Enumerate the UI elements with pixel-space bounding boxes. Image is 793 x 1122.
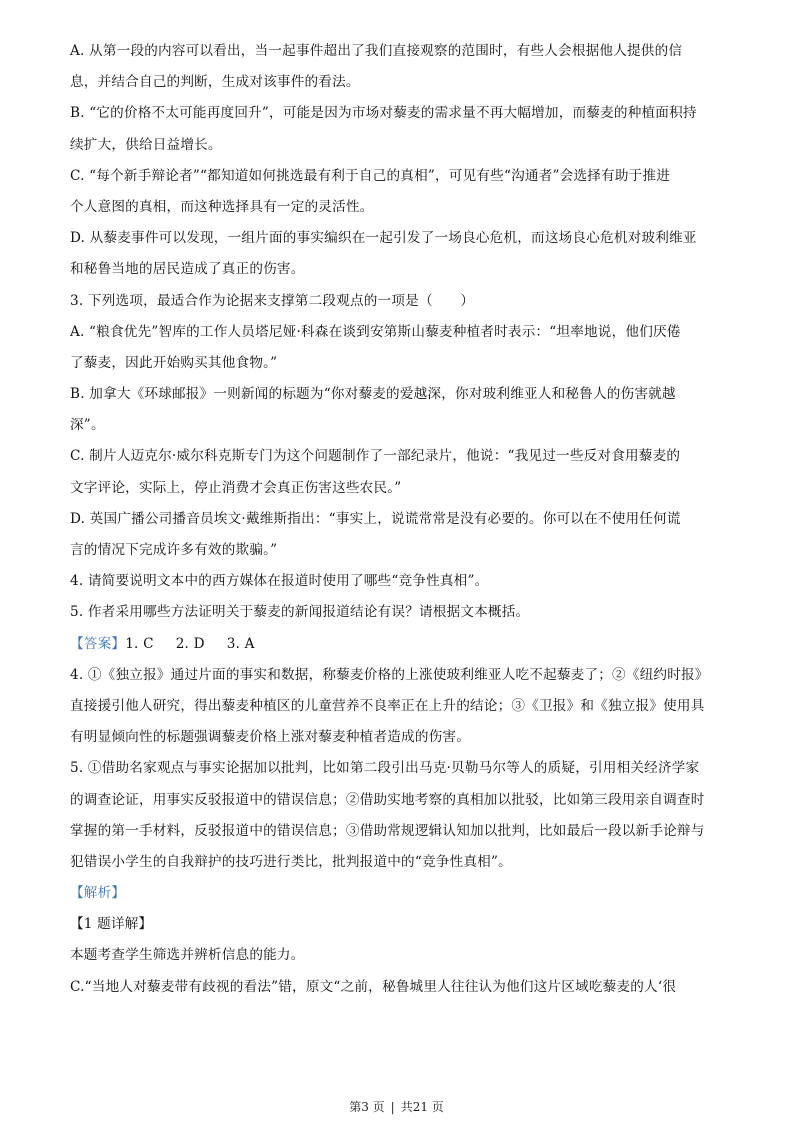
q3-option-c-line1: C. 制片人迈克尔·威尔科克斯专门为这个问题制作了一部纪录片，他说：“我见过一些… — [70, 441, 730, 472]
q2-option-c-line1: C. “每个新手辩论者”“都知道如何挑选最有利于自己的真相”，可见有些“沟通者”… — [70, 161, 730, 192]
q2-option-b-line1: B. “它的价格不太可能再度回升”，可能是因为市场对藜麦的需求量不再大幅增加，而… — [70, 98, 730, 129]
answer4-line1: 4. ①《独立报》通过片面的事实和数据，称藜麦价格的上涨使玻利维亚人吃不起藜麦了… — [70, 660, 730, 691]
answer-1: 1. C — [125, 636, 154, 652]
document-page: A. 从第一段的内容可以看出，当一起事件超出了我们直接观察的范围时，有些人会根据… — [70, 36, 730, 1003]
answer5-line3: 掌握的第一手材料，反驳报道中的错误信息；③借助常规逻辑认知加以批判，比如最后一段… — [70, 816, 730, 847]
q2-option-c-line2: 个人意图的真相，而这种选择具有一定的灵活性。 — [70, 192, 730, 223]
q2-option-a-line2: 息，并结合自己的判断，生成对该事件的看法。 — [70, 67, 730, 98]
analysis-label: 【解析】 — [70, 878, 730, 909]
answer-3: 3. A — [227, 636, 255, 652]
answer5-line2: 的调查论证，用事实反驳报道中的错误信息；②借助实地考察的真相加以批驳，比如第三段… — [70, 785, 730, 816]
detail1-intro: 本题考查学生筛选并辨析信息的能力。 — [70, 940, 730, 971]
q2-option-a-line1: A. 从第一段的内容可以看出，当一起事件超出了我们直接观察的范围时，有些人会根据… — [70, 36, 730, 67]
answer4-line3: 有明显倾向性的标题强调藜麦价格上涨对藜麦种植者造成的伤害。 — [70, 722, 730, 753]
q2-option-b-line2: 续扩大，供给日益增长。 — [70, 130, 730, 161]
q3-option-c-line2: 文字评论，实际上，停止消费才会真正伤害这些农民。” — [70, 473, 730, 504]
answer5-line1: 5. ①借助名家观点与事实论据加以批判，比如第二段引出马克·贝勒马尔等人的质疑，… — [70, 753, 730, 784]
answer5-line4: 犯错误小学生的自我辩护的技巧进行类比，批判报道中的“竞争性真相”。 — [70, 847, 730, 878]
page-number: 第3 页 — [349, 1100, 384, 1114]
detail1-label: 【1 题详解】 — [70, 909, 730, 940]
answer-2: 2. D — [176, 636, 205, 652]
q3-stem: 3. 下列选项，最适合作为论据来支撑第二段观点的一项是（ ） — [70, 286, 730, 317]
q4-stem: 4. 请简要说明文本中的西方媒体在报道时使用了哪些“竞争性真相”。 — [70, 566, 730, 597]
q3-option-a-line1: A. “粮食优先”智库的工作人员塔尼娅·科森在谈到安第斯山藜麦种植者时表示：“坦… — [70, 317, 730, 348]
q3-option-d-line1: D. 英国广播公司播音员埃文·戴维斯指出：“事实上，说谎常常是没有必要的。你可以… — [70, 504, 730, 535]
q3-option-b-line2: 深”。 — [70, 410, 730, 441]
q3-option-b-line1: B. 加拿大《环球邮报》一则新闻的标题为“你对藜麦的爱越深，你对玻利维亚人和秘鲁… — [70, 379, 730, 410]
page-footer: 第3 页|共21 页 — [0, 1098, 793, 1115]
q2-option-d-line1: D. 从藜麦事件可以发现，一组片面的事实编织在一起引发了一场良心危机，而这场良心… — [70, 223, 730, 254]
q3-option-a-line2: 了藜麦，因此开始购买其他食物。” — [70, 348, 730, 379]
footer-separator: | — [391, 1100, 395, 1114]
q2-option-d-line2: 和秘鲁当地的居民造成了真正的伤害。 — [70, 254, 730, 285]
answer-label: 【答案】 — [70, 636, 125, 652]
detail1-option-c: C.“当地人对藜麦带有歧视的看法”错，原文“之前，秘鲁城里人往往认为他们这片区域… — [70, 972, 730, 1003]
answer4-line2: 直接援引他人研究，得出藜麦种植区的儿童营养不良率正在上升的结论；③《卫报》和《独… — [70, 691, 730, 722]
page-total: 共21 页 — [401, 1100, 444, 1114]
q5-stem: 5. 作者采用哪些方法证明关于藜麦的新闻报道结论有误？请根据文本概括。 — [70, 597, 730, 628]
q3-option-d-line2: 言的情况下完成许多有效的欺骗。” — [70, 535, 730, 566]
answer-row: 【答案】1. C2. D3. A — [70, 629, 730, 660]
